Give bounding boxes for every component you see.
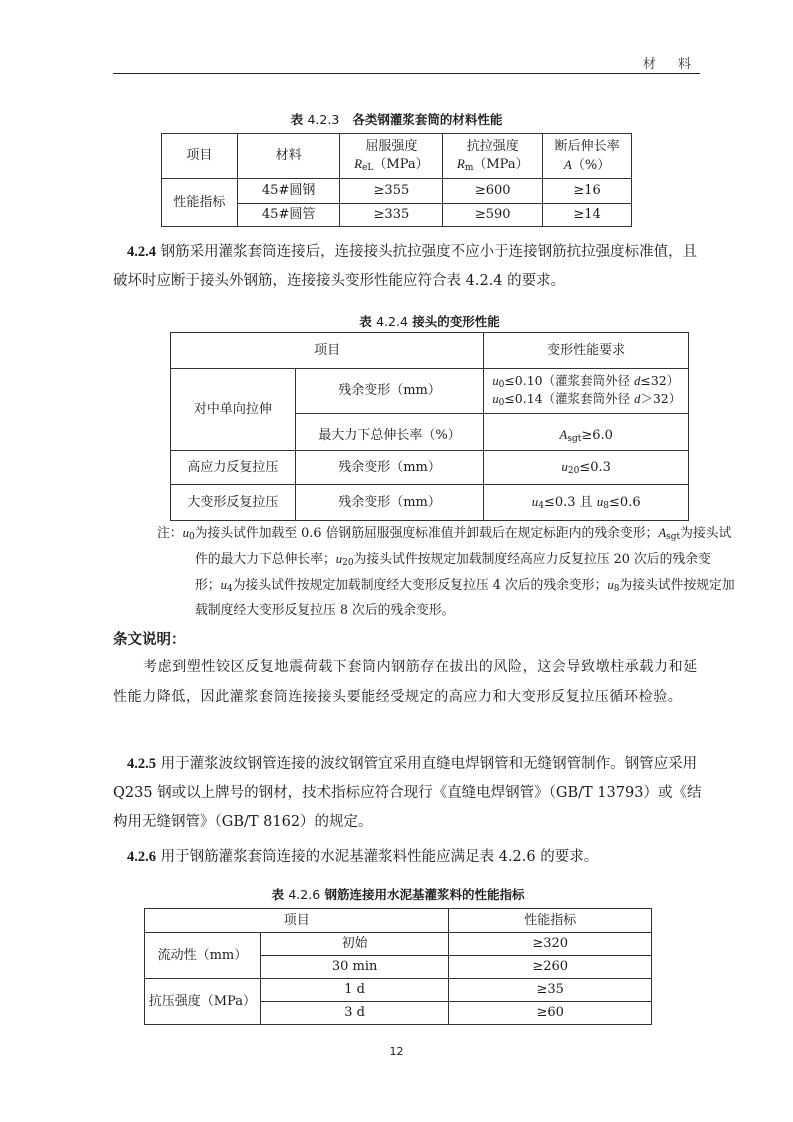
table-row: 大变形反复拉压 残余变形（mm） u4≤0.3 且 u8≤0.6 xyxy=(171,485,689,521)
requirement-cell: u20≤0.3 xyxy=(484,451,689,485)
table-424: 项目 变形性能要求 对中单向拉伸 残余变形（mm） u0≤0.10（灌浆套筒外径… xyxy=(170,332,689,521)
table-426-caption: 表 4.2.6 钢筋连接用水泥基灌浆料的性能指标 xyxy=(144,885,652,903)
table-row: 性能指标 45#圆钢 ≥355 ≥600 ≥16 xyxy=(162,179,632,204)
commentary-title: 条文说明： xyxy=(113,628,186,649)
header-rule xyxy=(113,73,700,74)
table-423-caption: 表 4.2.3 各类钢灌浆套筒的材料性能 xyxy=(161,110,632,128)
header-item: 项目 xyxy=(171,333,484,369)
clause-424: 4.2.4 钢筋采用灌浆套筒连接后，连接接头抗拉强度不应小于连接钢筋抗拉强度标准… xyxy=(113,238,701,296)
running-header: 材 料 xyxy=(640,53,700,72)
clause-426: 4.2.6 用于钢筋灌浆套筒连接的水泥基灌浆料性能应满足表 4.2.6 的要求。 xyxy=(113,843,703,872)
table-424-note: 注：u0为接头试件加载至 0.6 倍钢筋屈服强度标准值并卸载后在规定标距内的残余… xyxy=(157,522,735,622)
caption-number: 4.2.4 xyxy=(376,314,408,329)
clause-425: 4.2.5 用于灌浆波纹钢管连接的波纹钢管宜采用直缝电焊钢管和无缝钢管制作。钢管… xyxy=(113,750,703,837)
header-value: 性能指标 xyxy=(449,909,652,933)
header-item: 项目 xyxy=(145,909,449,933)
requirement-cell: u4≤0.3 且 u8≤0.6 xyxy=(484,485,689,521)
header-yield: 屈服强度 ReL（MPa） xyxy=(340,134,443,179)
commentary-text: 考虑到塑性铰区反复地震荷载下套筒内钢筋存在拔出的风险，这会导致墩柱承载力和延性能… xyxy=(113,652,703,712)
clause-text: 钢筋采用灌浆套筒连接后，连接接头抗拉强度不应小于连接钢筋抗拉强度标准值，且破坏时… xyxy=(113,244,697,289)
row-group-label: 高应力反复拉压 xyxy=(171,451,296,485)
clause-number: 4.2.6 xyxy=(127,849,156,865)
header-item: 项目 xyxy=(162,134,238,179)
page-number: 12 xyxy=(380,1045,413,1058)
table-header-row: 项目 材料 屈服强度 ReL（MPa） 抗拉强度 Rm（MPa） 断后伸长率 A… xyxy=(162,134,632,179)
requirement-cell: Asgt≥6.0 xyxy=(484,414,689,451)
clause-text: 用于灌浆波纹钢管连接的波纹钢管宜采用直缝电焊钢管和无缝钢管制作。钢管应采用 Q2… xyxy=(113,756,701,830)
row-group-label: 大变形反复拉压 xyxy=(171,485,296,521)
table-426: 项目 性能指标 流动性（mm） 初始 ≥320 30 min ≥260 抗压强度… xyxy=(144,908,652,1025)
caption-title: 各类钢灌浆套筒的材料性能 xyxy=(352,112,502,127)
row-group-label: 性能指标 xyxy=(162,179,238,227)
table-424-caption: 表 4.2.4 接头的变形性能 xyxy=(170,312,689,330)
table-423: 项目 材料 屈服强度 ReL（MPa） 抗拉强度 Rm（MPa） 断后伸长率 A… xyxy=(161,133,632,227)
table-header-row: 项目 性能指标 xyxy=(145,909,652,933)
caption-title: 接头的变形性能 xyxy=(412,314,500,329)
requirement-cell: u0≤0.10（灌浆套筒外径 d≤32） u0≤0.14（灌浆套筒外径 d＞32… xyxy=(484,369,689,414)
table-row: 对中单向拉伸 残余变形（mm） u0≤0.10（灌浆套筒外径 d≤32） u0≤… xyxy=(171,369,689,414)
row-group-label: 抗压强度（MPa） xyxy=(145,979,261,1025)
table-row: 流动性（mm） 初始 ≥320 xyxy=(145,933,652,956)
table-header-row: 项目 变形性能要求 xyxy=(171,333,689,369)
clause-number: 4.2.5 xyxy=(127,756,156,772)
header-requirement: 变形性能要求 xyxy=(484,333,689,369)
row-group-label: 流动性（mm） xyxy=(145,933,261,979)
caption-title: 钢筋连接用水泥基灌浆料的性能指标 xyxy=(325,887,525,902)
header-material: 材料 xyxy=(237,134,340,179)
clause-number: 4.2.4 xyxy=(127,244,156,260)
header-tensile: 抗拉强度 Rm（MPa） xyxy=(443,134,543,179)
clause-text: 用于钢筋灌浆套筒连接的水泥基灌浆料性能应满足表 4.2.6 的要求。 xyxy=(161,849,599,865)
table-row: 抗压强度（MPa） 1 d ≥35 xyxy=(145,979,652,1002)
row-group-label: 对中单向拉伸 xyxy=(171,369,296,451)
header-elongation: 断后伸长率 A（%） xyxy=(543,134,632,179)
table-row: 高应力反复拉压 残余变形（mm） u20≤0.3 xyxy=(171,451,689,485)
caption-number: 4.2.6 xyxy=(288,887,320,902)
caption-number: 4.2.3 xyxy=(307,112,339,127)
